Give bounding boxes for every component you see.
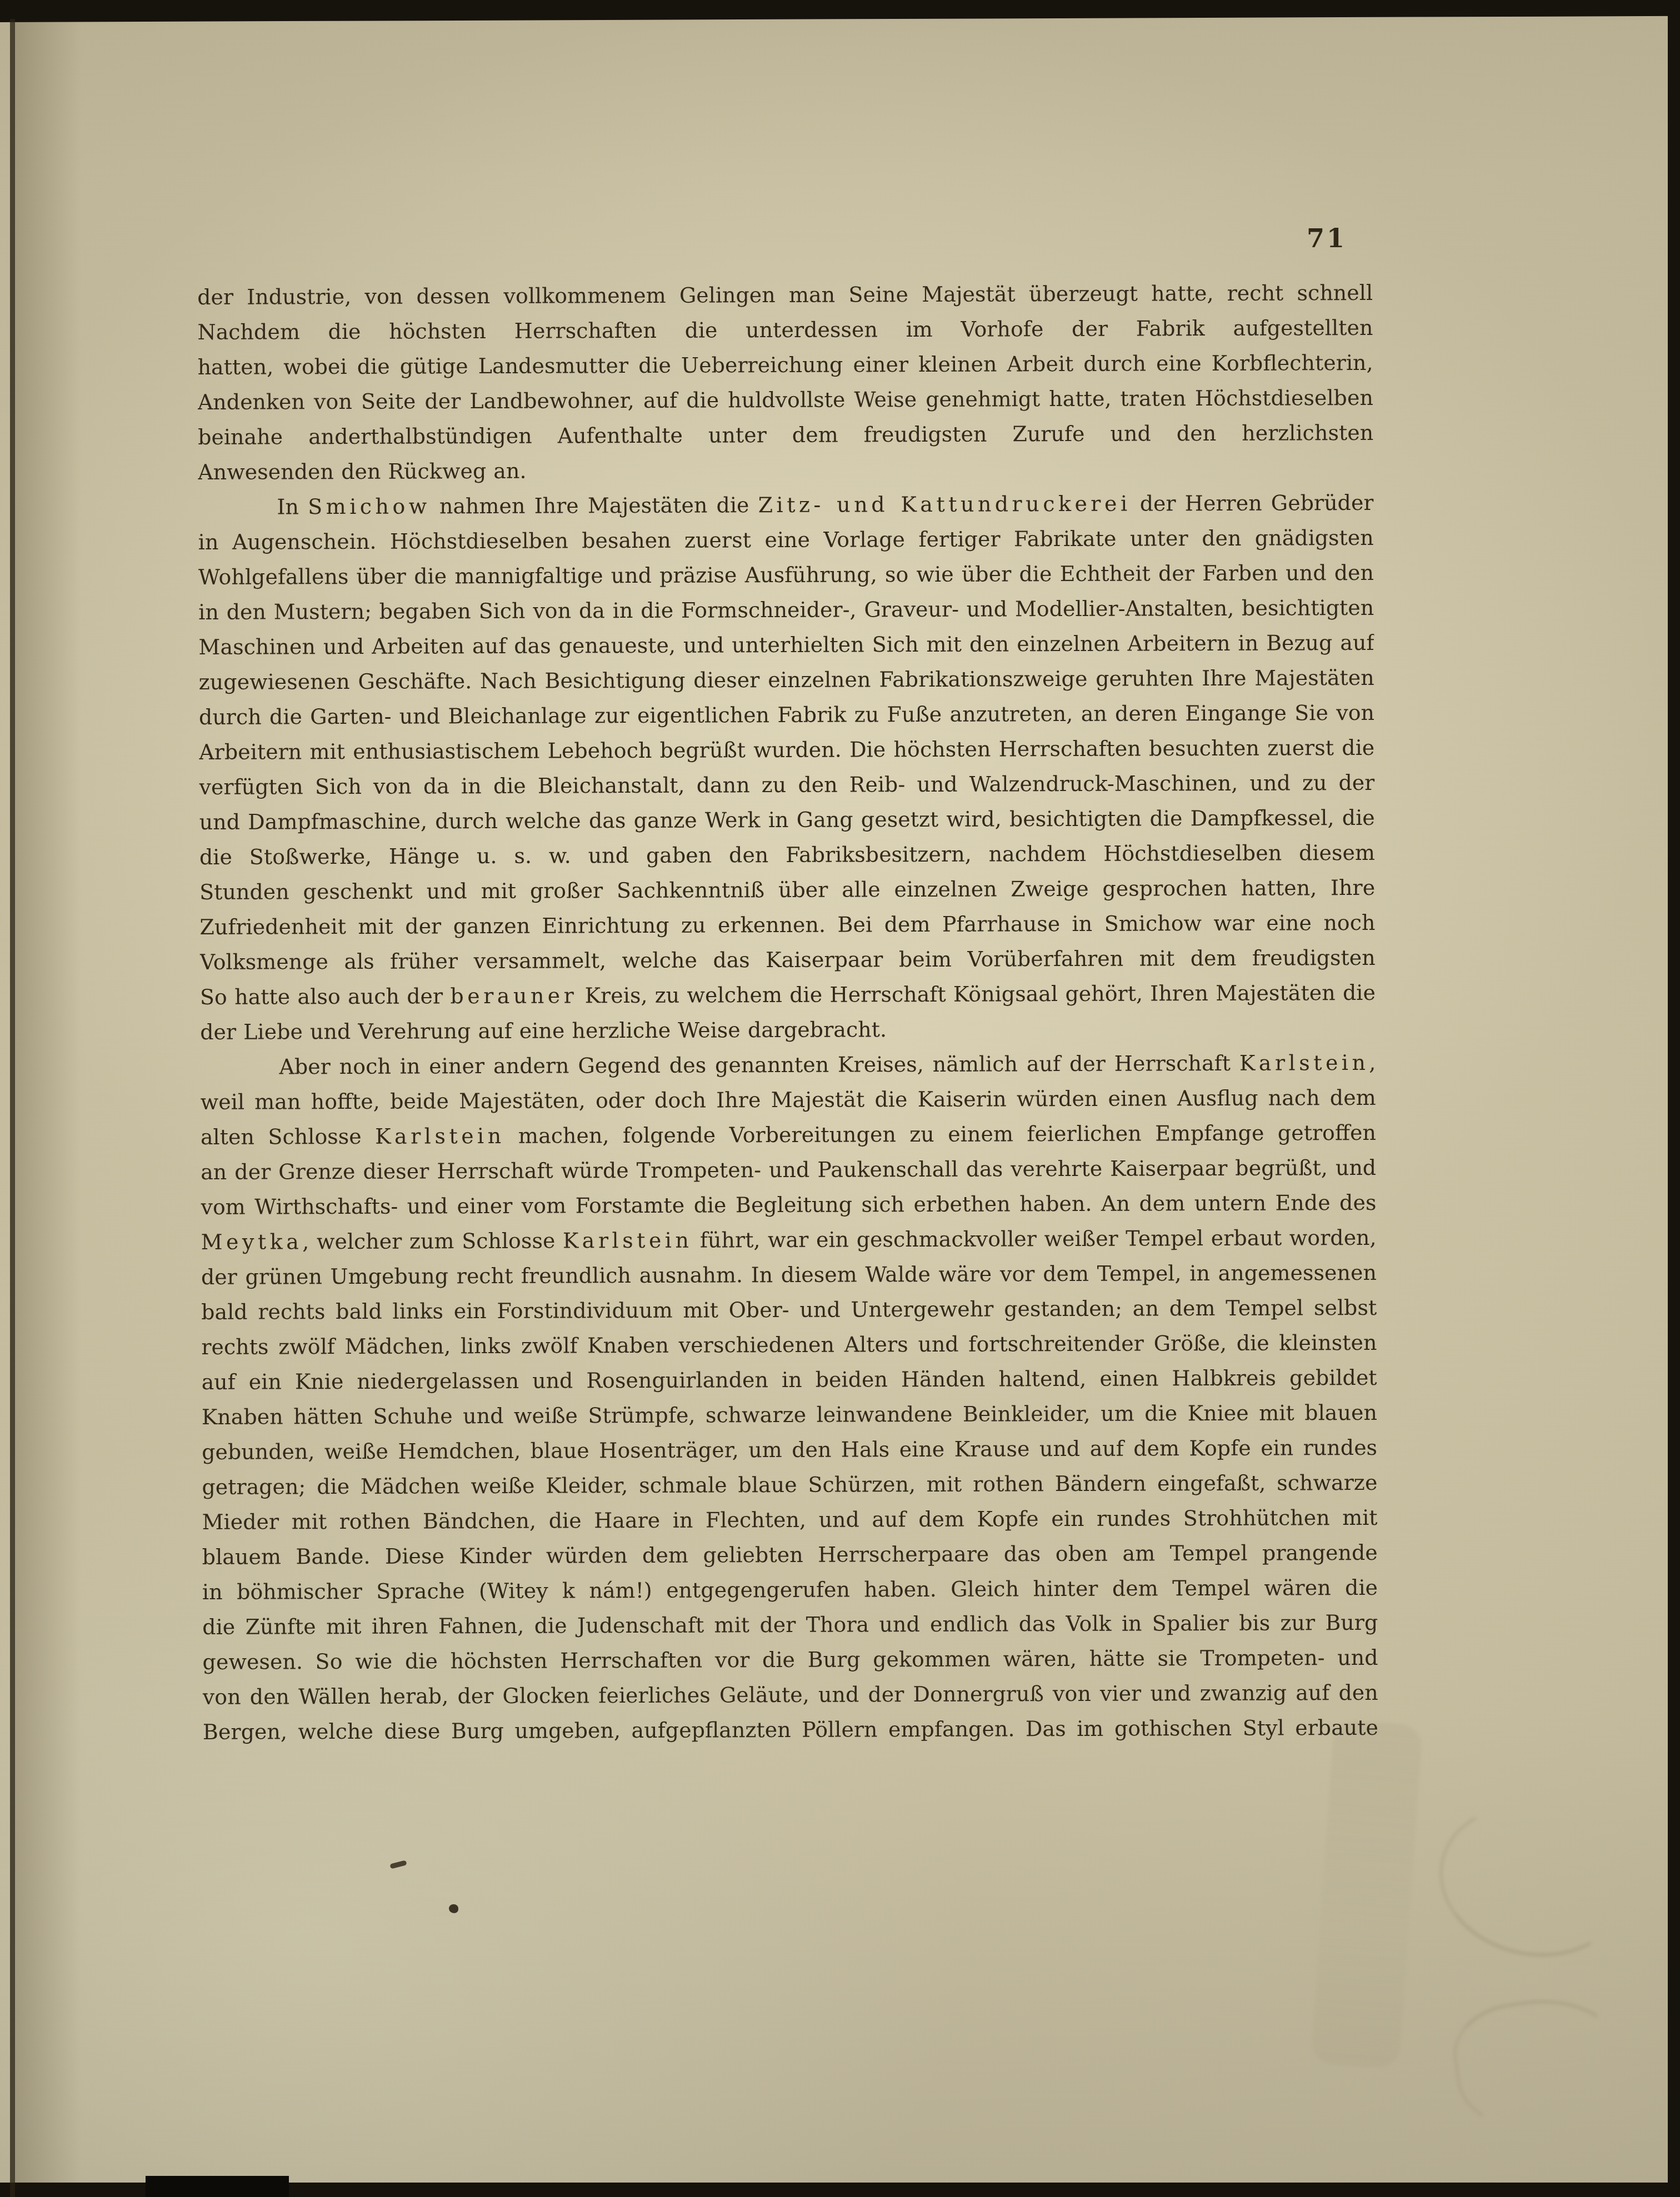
text-line: weil man hoffte, beide Majestäten, oder … [201,1082,1376,1121]
text-line: Anwesenden den Rückweg an. [198,452,1373,491]
text-line: getragen; die Mädchen weiße Kleider, sch… [202,1467,1377,1506]
text-line: beinahe anderthalbstündigen Aufenthalte … [198,417,1373,456]
text-line: zugewiesenen Geschäfte. Nach Besichtigun… [199,662,1374,701]
scan-edge-tab [146,2176,289,2197]
text-line: Mieder mit rothen Bändchen, die Haare in… [202,1502,1377,1541]
text-line: Stunden geschenkt und mit großer Sachken… [199,872,1375,911]
emphasized-spaced-text: Karlstein [375,1124,505,1149]
text-line: In Smichow nahmen Ihre Majestäten die Zi… [198,487,1373,526]
bleedthrough-ghost [1311,1719,1423,2069]
bleedthrough-ghost [1426,1788,1642,1974]
page-number: 71 [1307,223,1373,253]
emphasized-spaced-text: Meytka [201,1229,303,1254]
emphasized-spaced-text: Karlstein [1239,1050,1369,1075]
text-line: Volksmenge als früher versammelt, welche… [200,942,1376,981]
scan-edge-top [0,0,1680,22]
text-line: Arbeitern mit enthusiastischem Lebehoch … [199,732,1374,771]
binding-shadow [14,0,81,2197]
emphasized-spaced-text: Zitz- und Kattundruckerei [758,492,1131,518]
text-line: von den Wällen herab, der Glocken feierl… [203,1676,1378,1716]
text-line: durch die Garten- und Bleichanlage zur e… [199,697,1374,736]
text-line: Andenken von Seite der Landbewohner, auf… [198,382,1373,421]
text-line: verfügten Sich von da in die Bleichansta… [199,767,1374,806]
text-line: Knaben hätten Schuhe und weiße Strümpfe,… [202,1397,1377,1436]
bleedthrough-ghost [1448,1989,1636,2139]
text-line: in böhmischer Sprache (Witey k nám!) ent… [202,1572,1378,1611]
ink-dash-mark [389,1860,407,1869]
text-line: vom Wirthschafts- und einer vom Forstamt… [201,1187,1376,1226]
text-line: rechts zwölf Mädchen, links zwölf Knaben… [201,1327,1377,1366]
text-block: der Industrie, von dessen vollkommenem G… [197,277,1378,1751]
text-line: Aber noch in einer andern Gegend des gen… [200,1047,1376,1086]
scan-edge-left [10,19,15,2197]
text-line: die Stoßwerke, Hänge u. s. w. und gaben … [199,837,1375,876]
text-line: bald rechts bald links ein Forstindividu… [201,1292,1377,1331]
text-line: Meytka, welcher zum Schlosse Karlstein f… [201,1222,1377,1261]
text-line: gewesen. So wie die höchsten Herrschafte… [202,1642,1378,1681]
text-line: Zufriedenheit mit der ganzen Einrichtung… [199,907,1375,946]
emphasized-spaced-text: Karlstein [563,1228,693,1253]
text-line: Wohlgefallens über die mannigfaltige und… [198,557,1374,596]
text-line: der Industrie, von dessen vollkommenem G… [197,277,1373,316]
text-line: in Augenschein. Höchstdieselben besahen … [198,522,1374,561]
text-line: Nachdem die höchsten Herrschaften die un… [197,312,1373,351]
text-line: an der Grenze dieser Herrschaft würde Tr… [201,1152,1376,1191]
text-line: der grünen Umgebung recht freundlich aus… [201,1257,1377,1296]
scan-page: 71 der Industrie, von dessen vollkommene… [0,0,1680,2197]
text-line: blauem Bande. Diese Kinder würden dem ge… [202,1537,1378,1576]
text-line: So hatte also auch der berauner Kreis, z… [200,977,1376,1016]
scan-edge-right [1668,0,1680,2197]
text-line: auf ein Knie niedergelassen und Rosengui… [201,1362,1377,1401]
emphasized-spaced-text: berauner [450,983,577,1008]
text-line: der Liebe und Verehrung auf eine herzlic… [200,1012,1376,1051]
text-line: alten Schlosse Karlstein machen, folgend… [201,1117,1376,1156]
text-line: Maschinen und Arbeiten auf das genaueste… [198,627,1374,666]
text-line: in den Mustern; begaben Sich von da in d… [198,592,1374,631]
ink-dot-mark [449,1904,458,1913]
text-line: Bergen, welche diese Burg umgeben, aufge… [203,1711,1378,1751]
text-line: hatten, wobei die gütige Landesmutter di… [197,347,1373,386]
text-line: die Zünfte mit ihren Fahnen, die Judensc… [202,1607,1378,1646]
text-line: und Dampfmaschine, durch welche das ganz… [199,802,1375,841]
emphasized-spaced-text: Smichow [308,494,431,519]
text-line: gebunden, weiße Hemdchen, blaue Hosenträ… [202,1432,1377,1471]
